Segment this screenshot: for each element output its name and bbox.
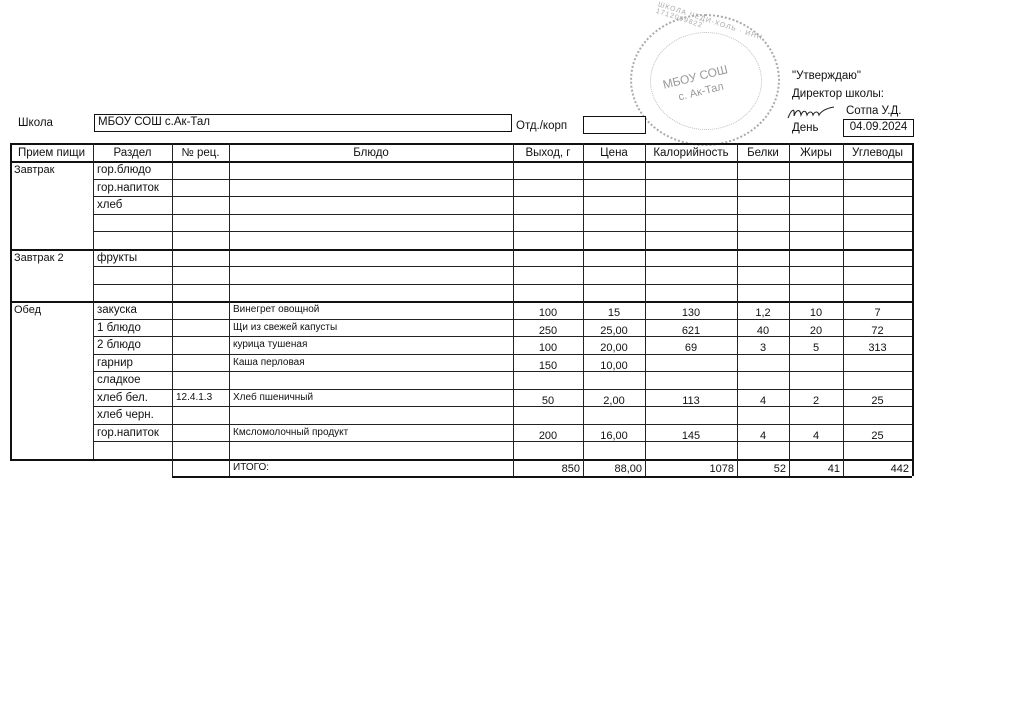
cell-recipe (172, 214, 229, 232)
column-header-meal: Прием пищи (10, 144, 93, 162)
cell-section: 1 блюдо (93, 319, 172, 337)
director-name: Сотпа У.Д. (846, 105, 902, 117)
column-divider (912, 143, 914, 476)
column-divider (789, 143, 790, 476)
cell-recipe (172, 406, 229, 424)
cell-section: гор.напиток (93, 424, 172, 442)
cell-dish[interactable] (229, 179, 513, 197)
cell-recipe (172, 301, 229, 319)
row-divider (10, 301, 912, 303)
cell-dish[interactable] (229, 161, 513, 179)
cell-dish[interactable]: Щи из свежей капусты (229, 319, 513, 337)
column-header-recipe: № рец. (172, 144, 229, 162)
column-divider (172, 143, 173, 476)
approve-label: "Утверждаю" (792, 70, 861, 82)
cell-recipe (172, 441, 229, 459)
header-bottom-border (10, 161, 912, 163)
column-header-price: Цена (583, 144, 645, 162)
column-divider (645, 143, 646, 476)
cell-recipe (172, 196, 229, 214)
dept-field[interactable] (583, 116, 646, 134)
total-protein: 52 (737, 460, 789, 478)
total-fat: 41 (789, 460, 843, 478)
cell-recipe (172, 354, 229, 372)
cell-section: гор.напиток (93, 179, 172, 197)
cell-recipe (172, 179, 229, 197)
cell-recipe: 12.4.1.3 (172, 389, 229, 407)
school-field[interactable]: МБОУ СОШ с.Ак-Тал (94, 114, 512, 132)
column-header-carbs: Углеводы (843, 144, 912, 162)
cell-dish[interactable]: Кмсломолочный продукт (229, 424, 513, 442)
column-divider (843, 143, 844, 476)
total-calories: 1078 (645, 460, 737, 478)
table-left-border (10, 143, 12, 459)
cell-meal: Обед (10, 301, 93, 319)
day-label: День (792, 122, 819, 134)
cell-dish[interactable] (229, 231, 513, 249)
cell-recipe (172, 161, 229, 179)
column-header-dish: Блюдо (229, 144, 513, 162)
cell-section (93, 266, 172, 284)
table-top-border (10, 143, 912, 145)
total-price: 88,00 (583, 460, 645, 478)
cell-dish[interactable] (229, 214, 513, 232)
row-divider (10, 249, 912, 251)
total-label: ИТОГО: (229, 459, 513, 477)
cell-dish[interactable] (229, 284, 513, 302)
cell-dish[interactable]: Хлеб пшеничный (229, 389, 513, 407)
column-header-section: Раздел (93, 144, 172, 162)
cell-recipe (172, 249, 229, 267)
signature-icon (786, 104, 836, 122)
cell-recipe (172, 371, 229, 389)
cell-section (93, 284, 172, 302)
column-divider (229, 143, 230, 476)
row-divider (10, 459, 912, 461)
cell-section (93, 214, 172, 232)
cell-section (93, 231, 172, 249)
date-field[interactable]: 04.09.2024 (843, 119, 914, 137)
cell-section: хлеб бел. (93, 389, 172, 407)
cell-section: фрукты (93, 249, 172, 267)
column-divider (93, 143, 94, 459)
column-divider (513, 143, 514, 476)
column-divider (737, 143, 738, 476)
cell-recipe (172, 266, 229, 284)
cell-section: хлеб (93, 196, 172, 214)
column-divider (583, 143, 584, 476)
cell-section: закуска (93, 301, 172, 319)
cell-dish[interactable] (229, 441, 513, 459)
cell-meal: Завтрак (10, 161, 93, 179)
director-label: Директор школы: (792, 88, 884, 100)
cell-dish[interactable] (229, 266, 513, 284)
cell-dish[interactable]: Каша перловая (229, 354, 513, 372)
official-stamp: ШКОЛА ЧЕДИ-ХОЛЬ · ИНН 1712009822 МБОУ СО… (630, 14, 780, 146)
cell-meal: Завтрак 2 (10, 249, 93, 267)
dept-label: Отд./корп (516, 120, 567, 132)
total-carbs: 442 (843, 460, 912, 478)
column-header-protein: Белки (737, 144, 789, 162)
cell-section: гор.блюдо (93, 161, 172, 179)
cell-section: хлеб черн. (93, 406, 172, 424)
cell-dish[interactable] (229, 406, 513, 424)
cell-section: гарнир (93, 354, 172, 372)
cell-recipe (172, 231, 229, 249)
cell-recipe (172, 336, 229, 354)
cell-dish[interactable]: Винегрет овощной (229, 301, 513, 319)
cell-section: 2 блюдо (93, 336, 172, 354)
column-header-fat: Жиры (789, 144, 843, 162)
cell-dish[interactable] (229, 371, 513, 389)
column-header-yield: Выход, г (513, 144, 583, 162)
column-header-calories: Калорийность (645, 144, 737, 162)
cell-recipe (172, 424, 229, 442)
total-bottom-border (172, 476, 912, 478)
cell-dish[interactable]: курица тушеная (229, 336, 513, 354)
cell-section: сладкое (93, 371, 172, 389)
cell-dish[interactable] (229, 196, 513, 214)
cell-section (93, 441, 172, 459)
cell-recipe (172, 284, 229, 302)
school-label: Школа (18, 117, 53, 129)
total-yield: 850 (513, 460, 583, 478)
cell-recipe (172, 319, 229, 337)
cell-dish[interactable] (229, 249, 513, 267)
